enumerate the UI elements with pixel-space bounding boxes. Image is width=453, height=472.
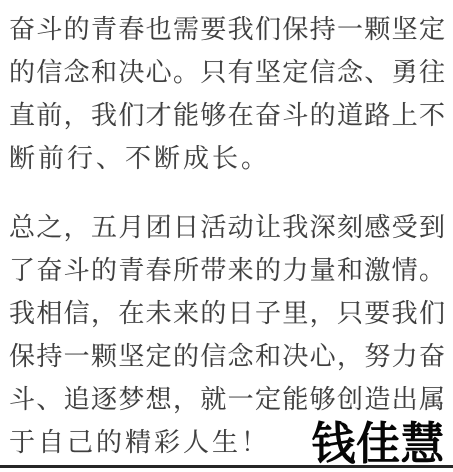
last-line-row: 于自己的精彩人生！ 钱佳慧 xyxy=(9,421,445,464)
text-line: 保持一颗坚定的信念和决心，努力奋 xyxy=(9,335,445,378)
paragraph-1: 奋斗的青春也需要我们保持一颗坚定 的信念和决心。只有坚定信念、勇往 直前，我们才… xyxy=(9,8,445,180)
bottom-divider xyxy=(0,465,453,468)
text-line: 奋斗的青春也需要我们保持一颗坚定 xyxy=(9,8,445,51)
text-line: 的信念和决心。只有坚定信念、勇往 xyxy=(9,51,445,94)
essay-text-block: 奋斗的青春也需要我们保持一颗坚定 的信念和决心。只有坚定信念、勇往 直前，我们才… xyxy=(0,0,453,464)
text-line: 于自己的精彩人生！ xyxy=(9,421,270,464)
document-page: 奋斗的青春也需要我们保持一颗坚定 的信念和决心。只有坚定信念、勇往 直前，我们才… xyxy=(0,0,453,472)
text-line: 断前行、不断成长。 xyxy=(9,137,445,180)
signature-name: 钱佳慧 xyxy=(312,424,446,465)
text-line: 直前，我们才能够在奋斗的道路上不 xyxy=(9,94,445,137)
paragraph-2: 总之，五月团日活动让我深刻感受到 了奋斗的青春所带来的力量和激情。 我相信，在未… xyxy=(9,206,445,464)
text-line: 斗、追逐梦想，就一定能够创造出属 xyxy=(9,378,445,421)
text-line: 了奋斗的青春所带来的力量和激情。 xyxy=(9,249,445,292)
text-line: 我相信，在未来的日子里，只要我们 xyxy=(9,292,445,335)
text-line: 总之，五月团日活动让我深刻感受到 xyxy=(9,206,445,249)
